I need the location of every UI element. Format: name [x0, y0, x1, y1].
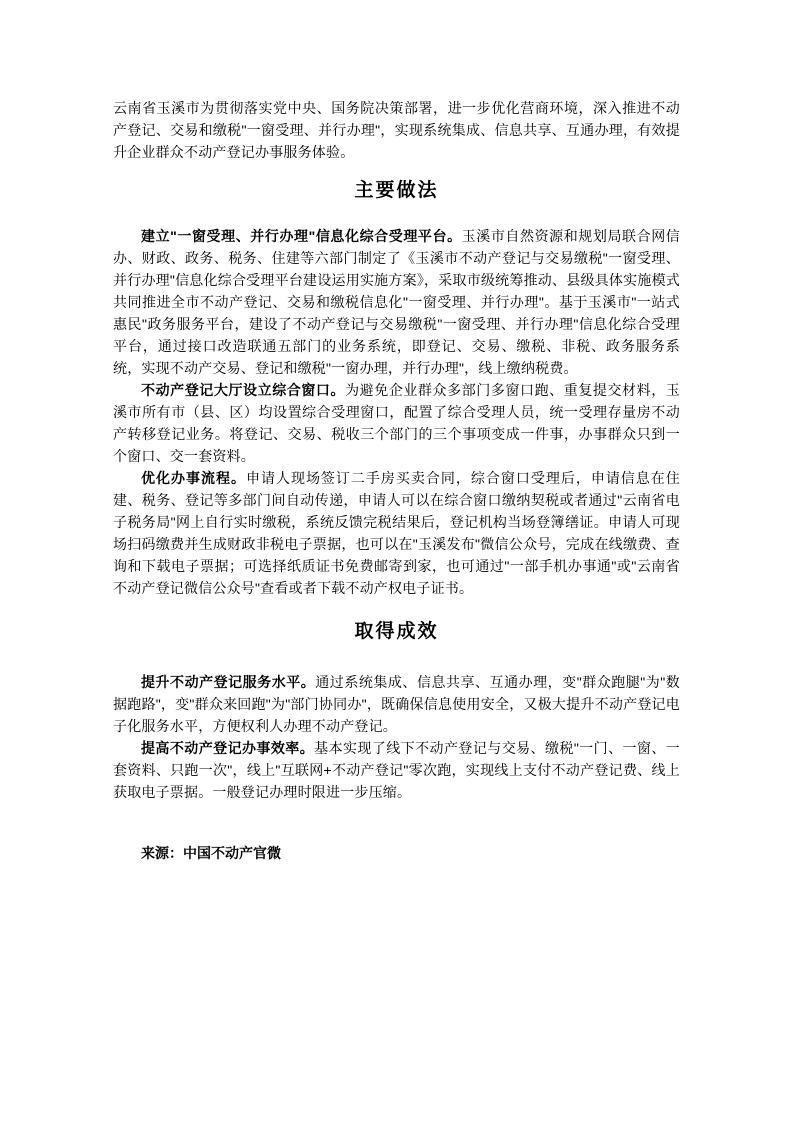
paragraph-lead: 建立"一窗受理、并行办理"信息化综合受理平台。 [141, 228, 462, 244]
document-page: 云南省玉溪市为贯彻落实党中央、国务院决策部署，进一步优化营商环境，深入推进不动产… [0, 0, 793, 1122]
intro-paragraph: 云南省玉溪市为贯彻落实党中央、国务院决策部署，进一步优化营商环境，深入推进不动产… [113, 97, 680, 163]
source-attribution: 来源：中国不动产官微 [113, 842, 680, 864]
paragraph-body: 申请人现场签订二手房买卖合同，综合窗口受理后，申请信息在住建、税务、登记等多部门… [113, 470, 680, 596]
paragraph-lead: 提升不动产登记服务水平。 [141, 674, 315, 690]
paragraph-lead: 优化办事流程。 [141, 470, 246, 486]
section-heading-achievements: 取得成效 [113, 619, 680, 645]
paragraph-process: 优化办事流程。申请人现场签订二手房买卖合同，综合窗口受理后，申请信息在住建、税务… [113, 467, 680, 599]
paragraph-platform: 建立"一窗受理、并行办理"信息化综合受理平台。玉溪市自然资源和规划局联合网信办、… [113, 225, 680, 379]
section-heading-main-practices: 主要做法 [113, 178, 680, 204]
paragraph-service-level: 提升不动产登记服务水平。通过系统集成、信息共享、互通办理，变"群众跑腿"为"数据… [113, 671, 680, 737]
paragraph-lead: 提高不动产登记办事效率。 [141, 740, 314, 756]
paragraph-lead: 不动产登记大厅设立综合窗口。 [141, 382, 345, 398]
paragraph-body: 玉溪市自然资源和规划局联合网信办、财政、政务、税务、住建等六部门制定了《玉溪市不… [113, 228, 680, 376]
paragraph-efficiency: 提高不动产登记办事效率。基本实现了线下不动产登记与交易、缴税"一门、一窗、一套资… [113, 737, 680, 803]
paragraph-window: 不动产登记大厅设立综合窗口。为避免企业群众多部门多窗口跑、重复提交材料，玉溪市所… [113, 379, 680, 467]
